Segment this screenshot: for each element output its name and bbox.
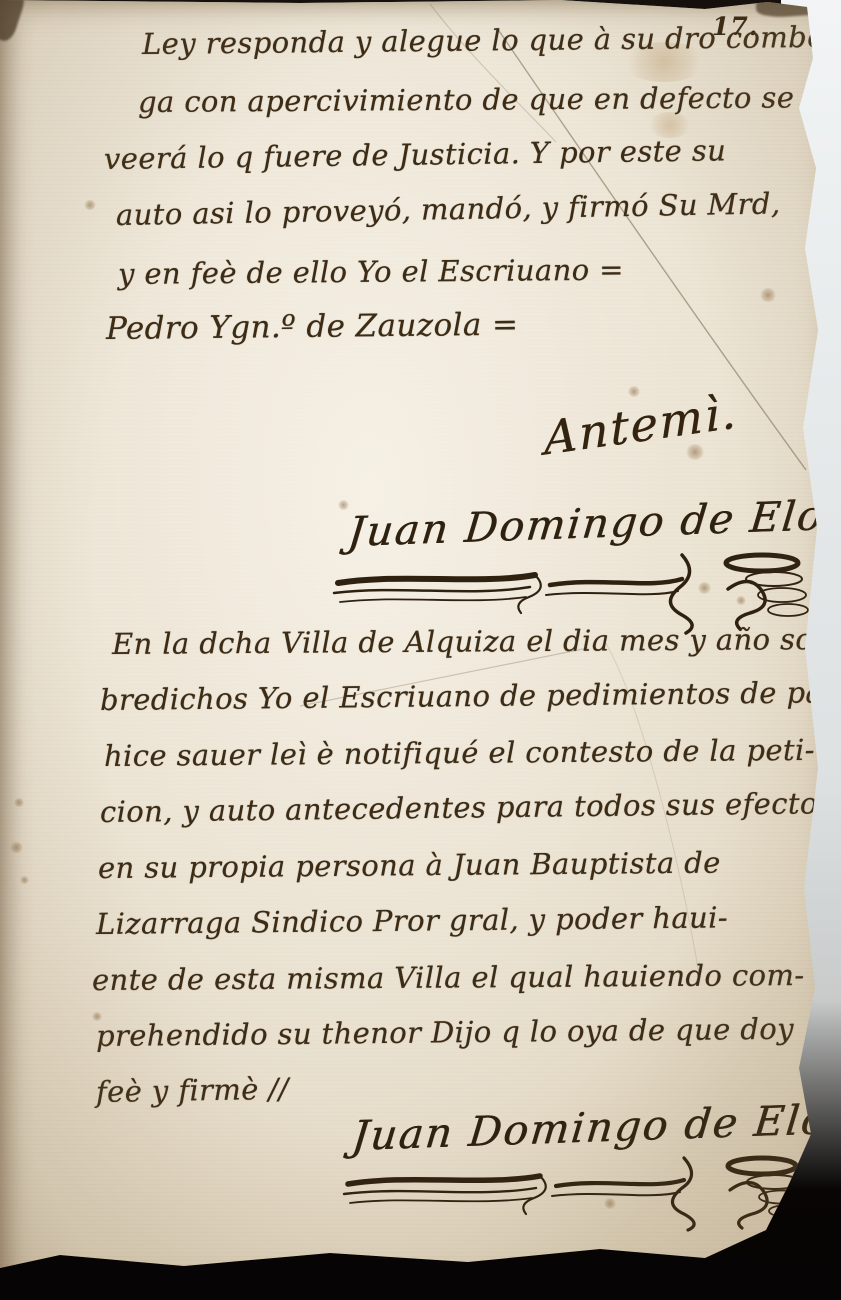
manuscript-line: ente de esta misma Villa el qual hauiend… [92,958,805,997]
foxing-stain [698,582,711,594]
manuscript-line: En la dcha Villa de Alquiza el dia mes y… [112,622,824,661]
foxing-stain [338,500,349,510]
scribe-name-line: Pedro Ygn.º de Zauzola = [106,307,519,347]
foxing-stain [760,288,776,302]
manuscript-scan: 17. Ley responda y alegue lo que à su dr… [0,0,841,1300]
manuscript-page: 17. Ley responda y alegue lo que à su dr… [0,0,841,1300]
manuscript-line: Ley responda y alegue lo que à su dro co… [142,20,841,61]
foxing-stain [14,798,24,807]
foxing-stain [84,200,96,210]
manuscript-line: hice sauer leì è notifiqué el contesto d… [104,733,815,773]
manuscript-line: y en feè de ello Yo el Escriuano = [118,253,624,291]
manuscript-line: feè y firmè // [96,1072,289,1109]
foxing-stain [686,444,704,460]
foxing-stain [628,386,640,397]
manuscript-line: Lizarraga Sindico Pror gral, y poder hau… [96,900,728,941]
foxing-stain [736,596,746,605]
foxing-stain [604,1198,616,1209]
foxing-stain [20,876,29,884]
manuscript-line: ga con apercivimiento de que en defecto … [138,80,841,119]
manuscript-line: en su propia persona à Juan Bauptista de [98,846,721,885]
foxing-stain [10,842,23,853]
